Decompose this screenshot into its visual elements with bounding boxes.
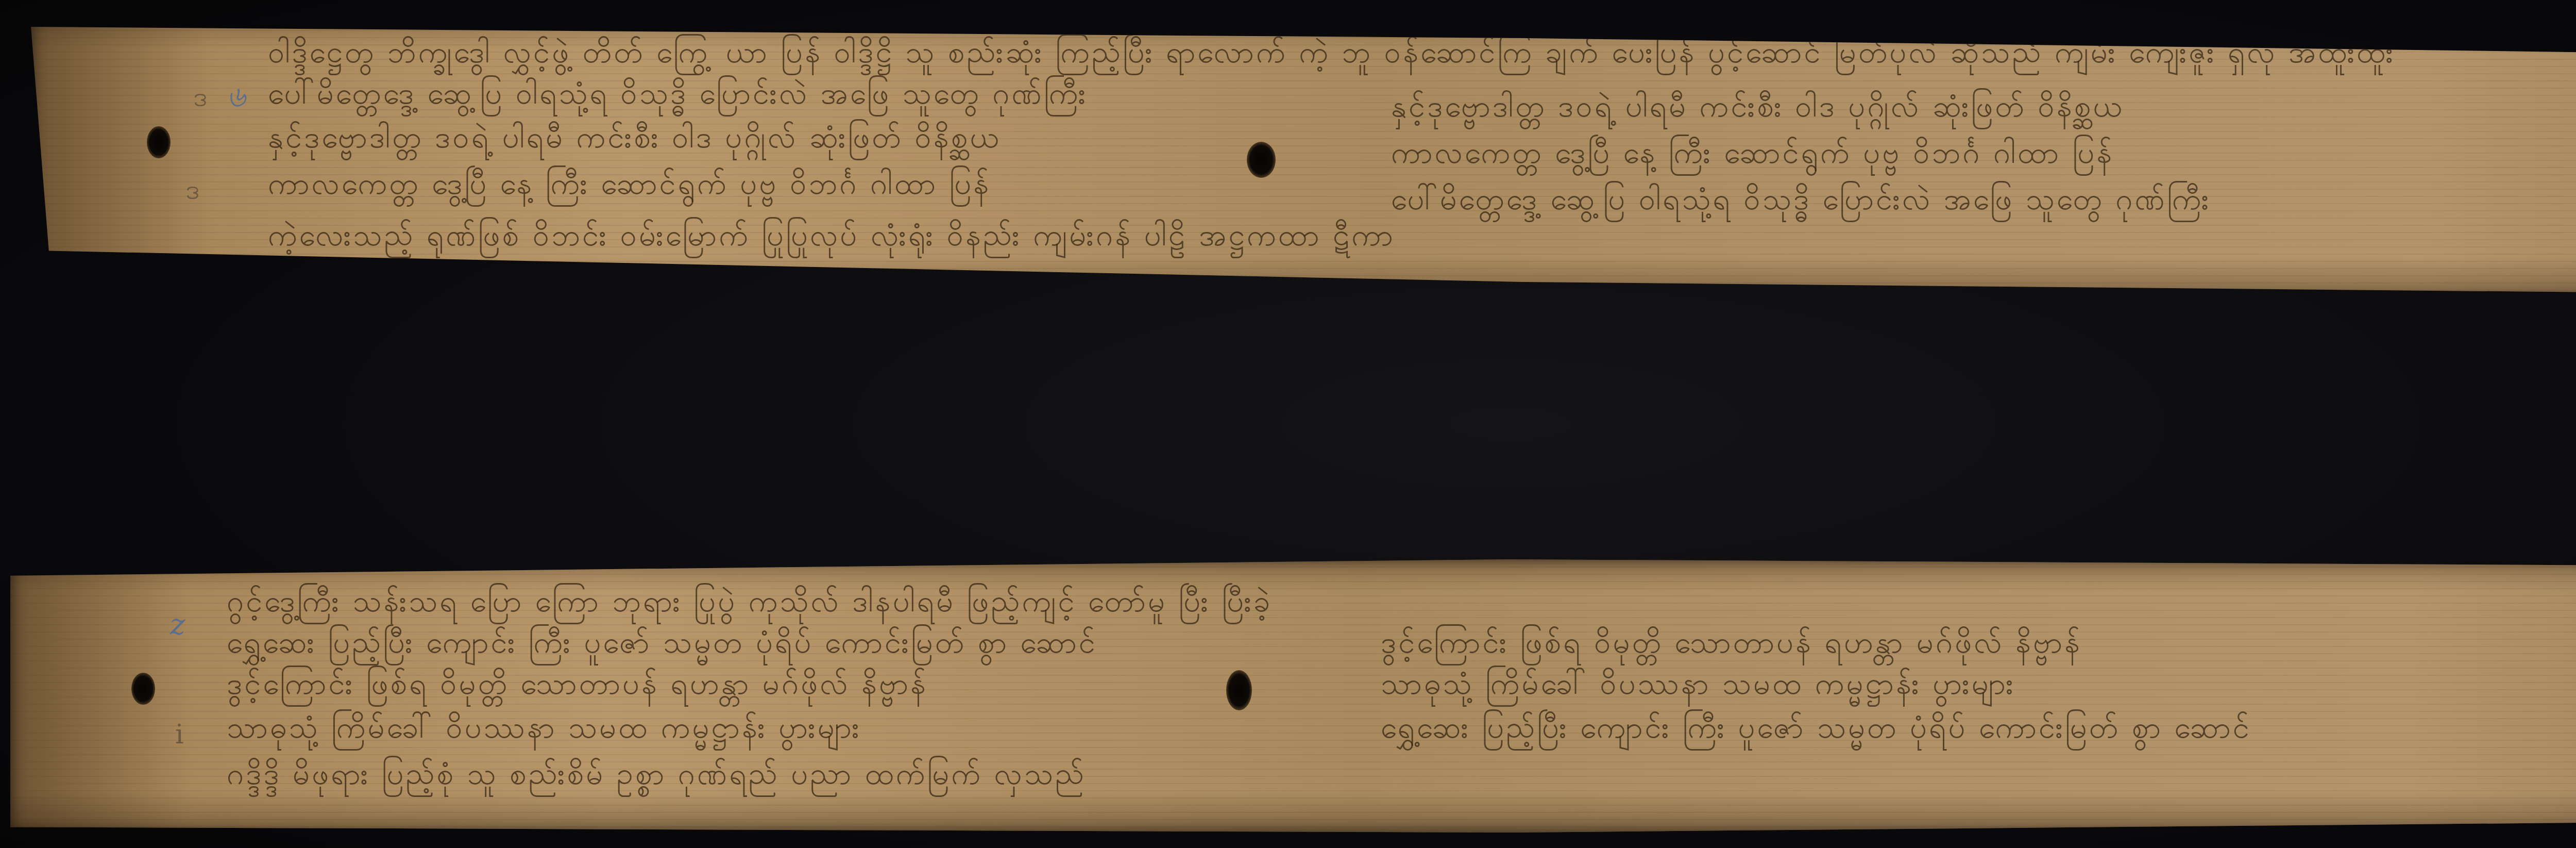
manuscript-line-3a: ဒွင့်ကြောင်း ဖြစ်ရ ဝိမုတ္တိ သောတာပန် ရဟန… xyxy=(227,665,928,709)
string-hole-center xyxy=(1247,142,1276,178)
manuscript-line-2b: နှင့်ဒုဗ္ဗောဒါတ္တ ဒ၀ရဲ့ ပါရမီ ကင်းစီး ဝါ… xyxy=(1391,88,2124,131)
manuscript-line-3a: နှင့်ဒုဗ္ဗောဒါတ္တ ဒ၀ရဲ့ ပါရမီ ကင်းစီး ဝါ… xyxy=(268,119,1001,162)
manuscript-line-4b: ရွှေ့ဆေး ပြည့်ပြီး ကျောင်း ကြီး ပူဇော် သ… xyxy=(1381,709,2251,753)
folio-mark-left: z xyxy=(170,608,185,642)
string-hole-center xyxy=(1226,670,1252,710)
pencil-mark-left-lower: ဒ xyxy=(185,173,199,212)
pencil-mark-left-upper: ဒ xyxy=(193,80,207,119)
manuscript-line-2b: ဒွင့်ကြောင်း ဖြစ်ရ ဝိမုတ္တိ သောတာပန် ရဟန… xyxy=(1381,624,2082,668)
manuscript-line-5: ဂဒ္ဒိဒ္ဒိ မိဖုရား ပြည့်စုံ သူ စည်းစိမ် ဥ… xyxy=(227,755,1086,799)
string-hole-left xyxy=(131,673,155,705)
palm-leaf-top: ৬ ဒ ဒ ৬ ဝါဒ္ဒိဋ္ဌေတွ ဘိက္ခုဒွေါ လွှင့်ဖွ… xyxy=(31,15,2576,299)
manuscript-line-5: ကဲ့လေးသည့် ရုဏ်ဖြစ် ဝိဘင်း ဝမ်းမြောက် ပြ… xyxy=(268,217,1395,260)
pencil-mark-left-lower: i xyxy=(175,719,184,750)
palm-leaf-bottom: z i z ဂွင့်ဒွေ့ကြီး သန်းသရ ပြော ကြော ဘုရ… xyxy=(10,559,2576,833)
manuscript-line-2a: ပေါ်မိတ္တေဒ္ဒေ့ ဆွေ့ပြ ဝါရသုံ့ရ ဝိသုဒ္ဓိ… xyxy=(268,75,1088,119)
manuscript-line-4a: ကာလကေတ္တ ဒွေ့ပြီ နေ့ ကြီး ဆောင်ရွက် ပုဗ္… xyxy=(268,165,991,209)
manuscript-line-4a: သာဓုသုံ့ ကြိမ်ခေါ် ဝိပဿနာ သမထ ကမ္မဋ္ဌာန်… xyxy=(227,709,861,753)
manuscript-line-1: ဂွင့်ဒွေ့ကြီး သန်းသရ ပြော ကြော ဘုရား ပြု… xyxy=(227,583,1273,626)
manuscript-line-2a: ရွှေ့ဆေး ပြည့်ပြီး ကျောင်း ကြီး ပူဇော် သ… xyxy=(227,624,1097,668)
manuscript-line-3b: ကာလကေတ္တ ဒွေ့ပြီ နေ့ ကြီး ဆောင်ရွက် ပုဗ္… xyxy=(1391,134,2114,178)
folio-mark-left: ৬ xyxy=(227,75,245,123)
string-hole-left xyxy=(147,126,171,158)
manuscript-line-3b: သာဓုသုံ့ ကြိမ်ခေါ် ဝိပဿနာ သမထ ကမ္မဋ္ဌာန်… xyxy=(1381,665,2015,709)
manuscript-line-4b: ပေါ်မိတ္တေဒ္ဒေ့ ဆွေ့ပြ ဝါရသုံ့ရ ဝိသုဒ္ဓိ… xyxy=(1391,180,2211,224)
